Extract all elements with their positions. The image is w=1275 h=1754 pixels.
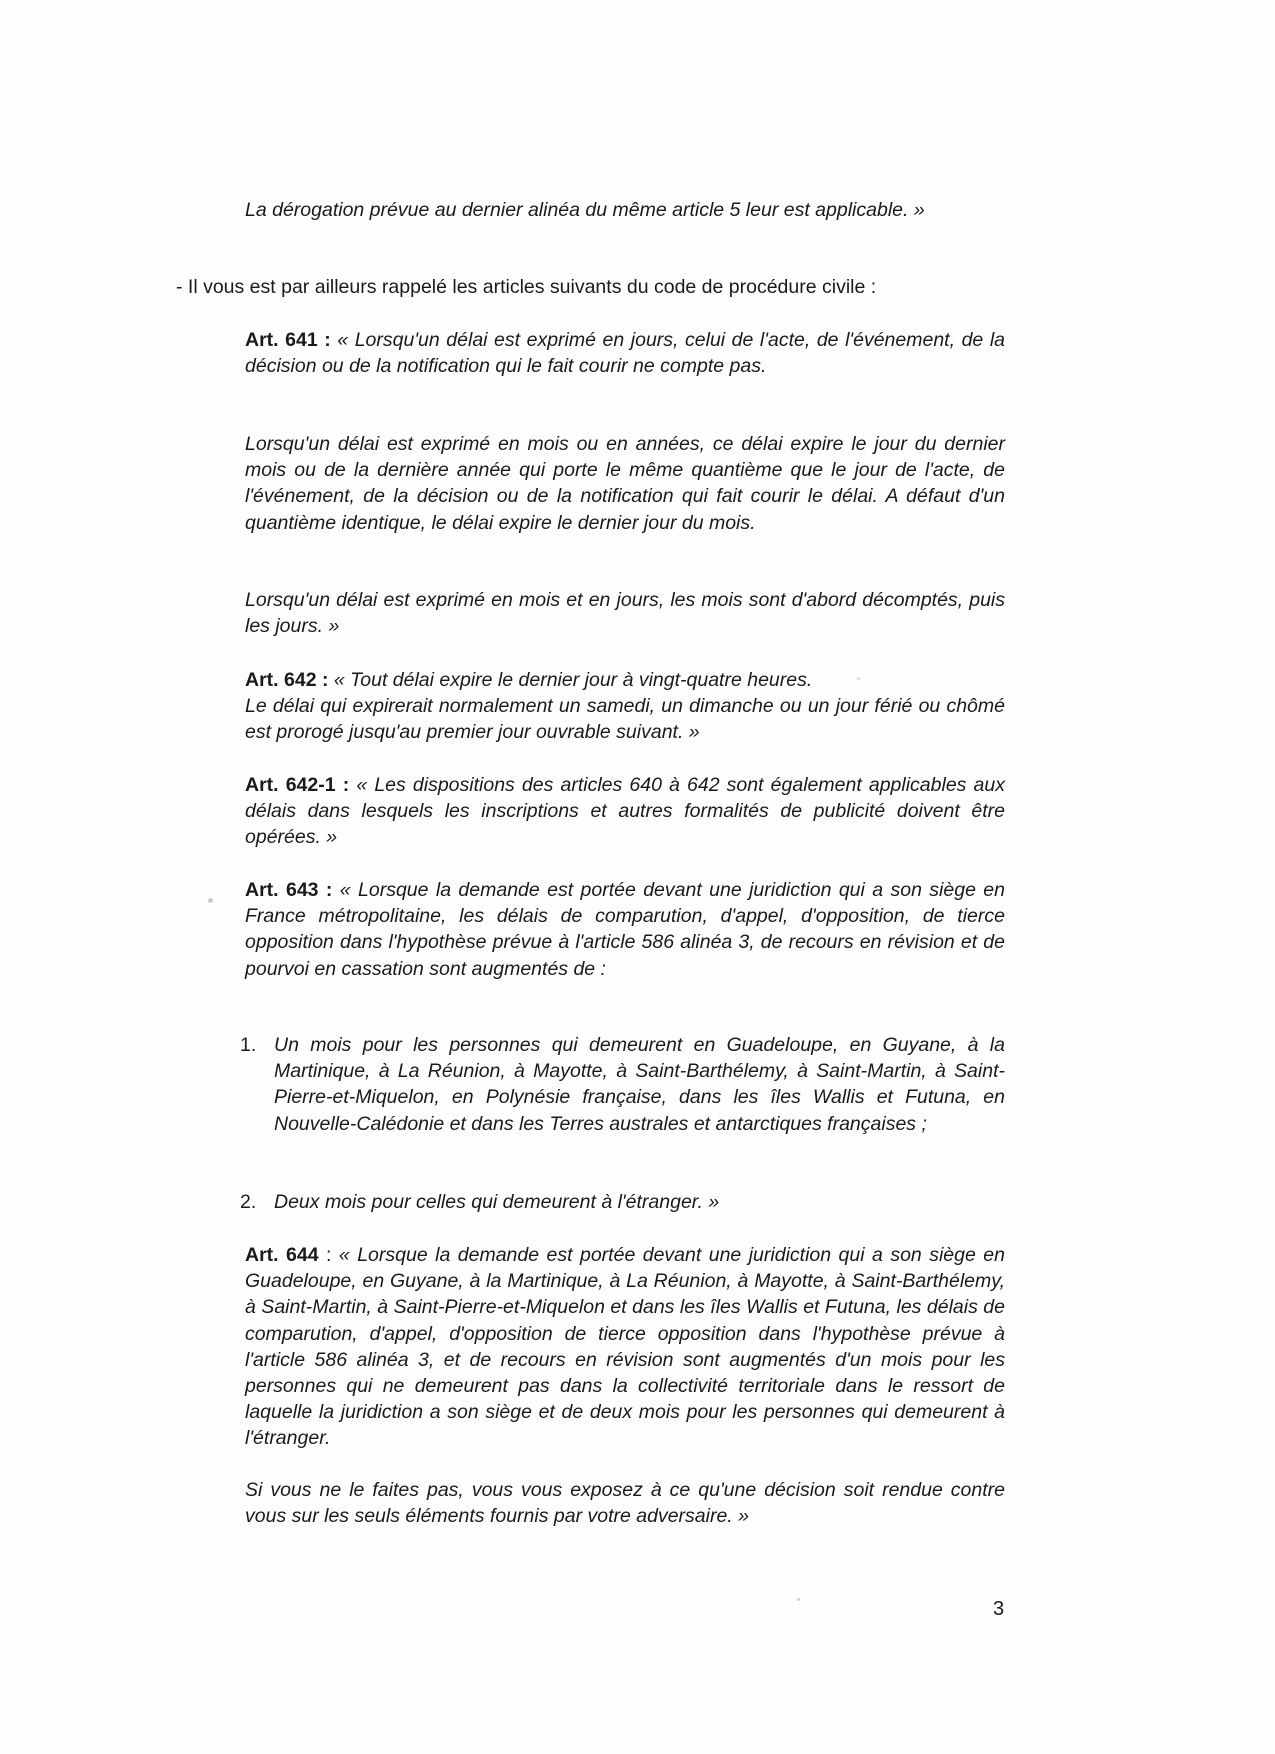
- article-642-paragraph-1: Art. 642 : « Tout délai expire le dernie…: [245, 667, 1005, 693]
- article-644-text-1: « Lorsque la demande est portée devant u…: [245, 1244, 1005, 1449]
- article-641-paragraph-1: Art. 641 : « Lorsqu'un délai est exprimé…: [245, 327, 1005, 379]
- article-644-label: Art. 644: [245, 1244, 319, 1266]
- lead-line: - Il vous est par ailleurs rappelé les a…: [176, 274, 1016, 300]
- article-642-1-label: Art. 642-1 :: [245, 774, 349, 796]
- article-643-paragraph: Art. 643 : « Lorsque la demande est port…: [245, 877, 1005, 982]
- page-number: 3: [993, 1597, 1004, 1621]
- article-641-paragraph-2: Lorsqu'un délai est exprimé en mois ou e…: [245, 431, 1005, 536]
- list-text-2: Deux mois pour celles qui demeurent à l'…: [274, 1189, 1005, 1215]
- article-644-paragraph-1: Art. 644 : « Lorsque la demande est port…: [245, 1242, 1005, 1452]
- article-644-paragraph-2: Si vous ne le faites pas, vous vous expo…: [245, 1477, 1005, 1529]
- list-number-1: 1.: [240, 1032, 270, 1058]
- article-642-paragraph-2: Le délai qui expirerait normalement un s…: [245, 693, 1005, 745]
- article-642-1-paragraph: Art. 642-1 : « Les dispositions des arti…: [245, 772, 1005, 851]
- scan-speck: [208, 898, 213, 903]
- scanned-document-page: La dérogation prévue au dernier alinéa d…: [0, 0, 1275, 1754]
- article-642-label: Art. 642 :: [245, 669, 328, 691]
- article-643-list-item-1: 1. Un mois pour les personnes qui demeur…: [240, 1032, 1005, 1164]
- list-text-1: Un mois pour les personnes qui demeurent…: [274, 1032, 1005, 1137]
- article-641-text-1: « Lorsqu'un délai est exprimé en jours, …: [245, 329, 1005, 377]
- list-number-2: 2.: [240, 1189, 270, 1215]
- article-641-paragraph-3: Lorsqu'un délai est exprimé en mois et e…: [245, 587, 1005, 639]
- intro-continuation-paragraph: La dérogation prévue au dernier alinéa d…: [245, 197, 1005, 223]
- article-643-text: « Lorsque la demande est portée devant u…: [245, 879, 1005, 980]
- scan-speck: [797, 1598, 800, 1601]
- article-642-text-1: « Tout délai expire le dernier jour à vi…: [334, 669, 812, 691]
- article-641-label: Art. 641 :: [245, 329, 331, 351]
- article-644-label-suffix: :: [319, 1244, 339, 1266]
- article-643-list-item-2: 2. Deux mois pour celles qui demeurent à…: [240, 1189, 1005, 1217]
- article-642-1-text: « Les dispositions des articles 640 à 64…: [245, 774, 1005, 848]
- article-643-label: Art. 643 :: [245, 879, 332, 901]
- scan-speck: [857, 677, 860, 680]
